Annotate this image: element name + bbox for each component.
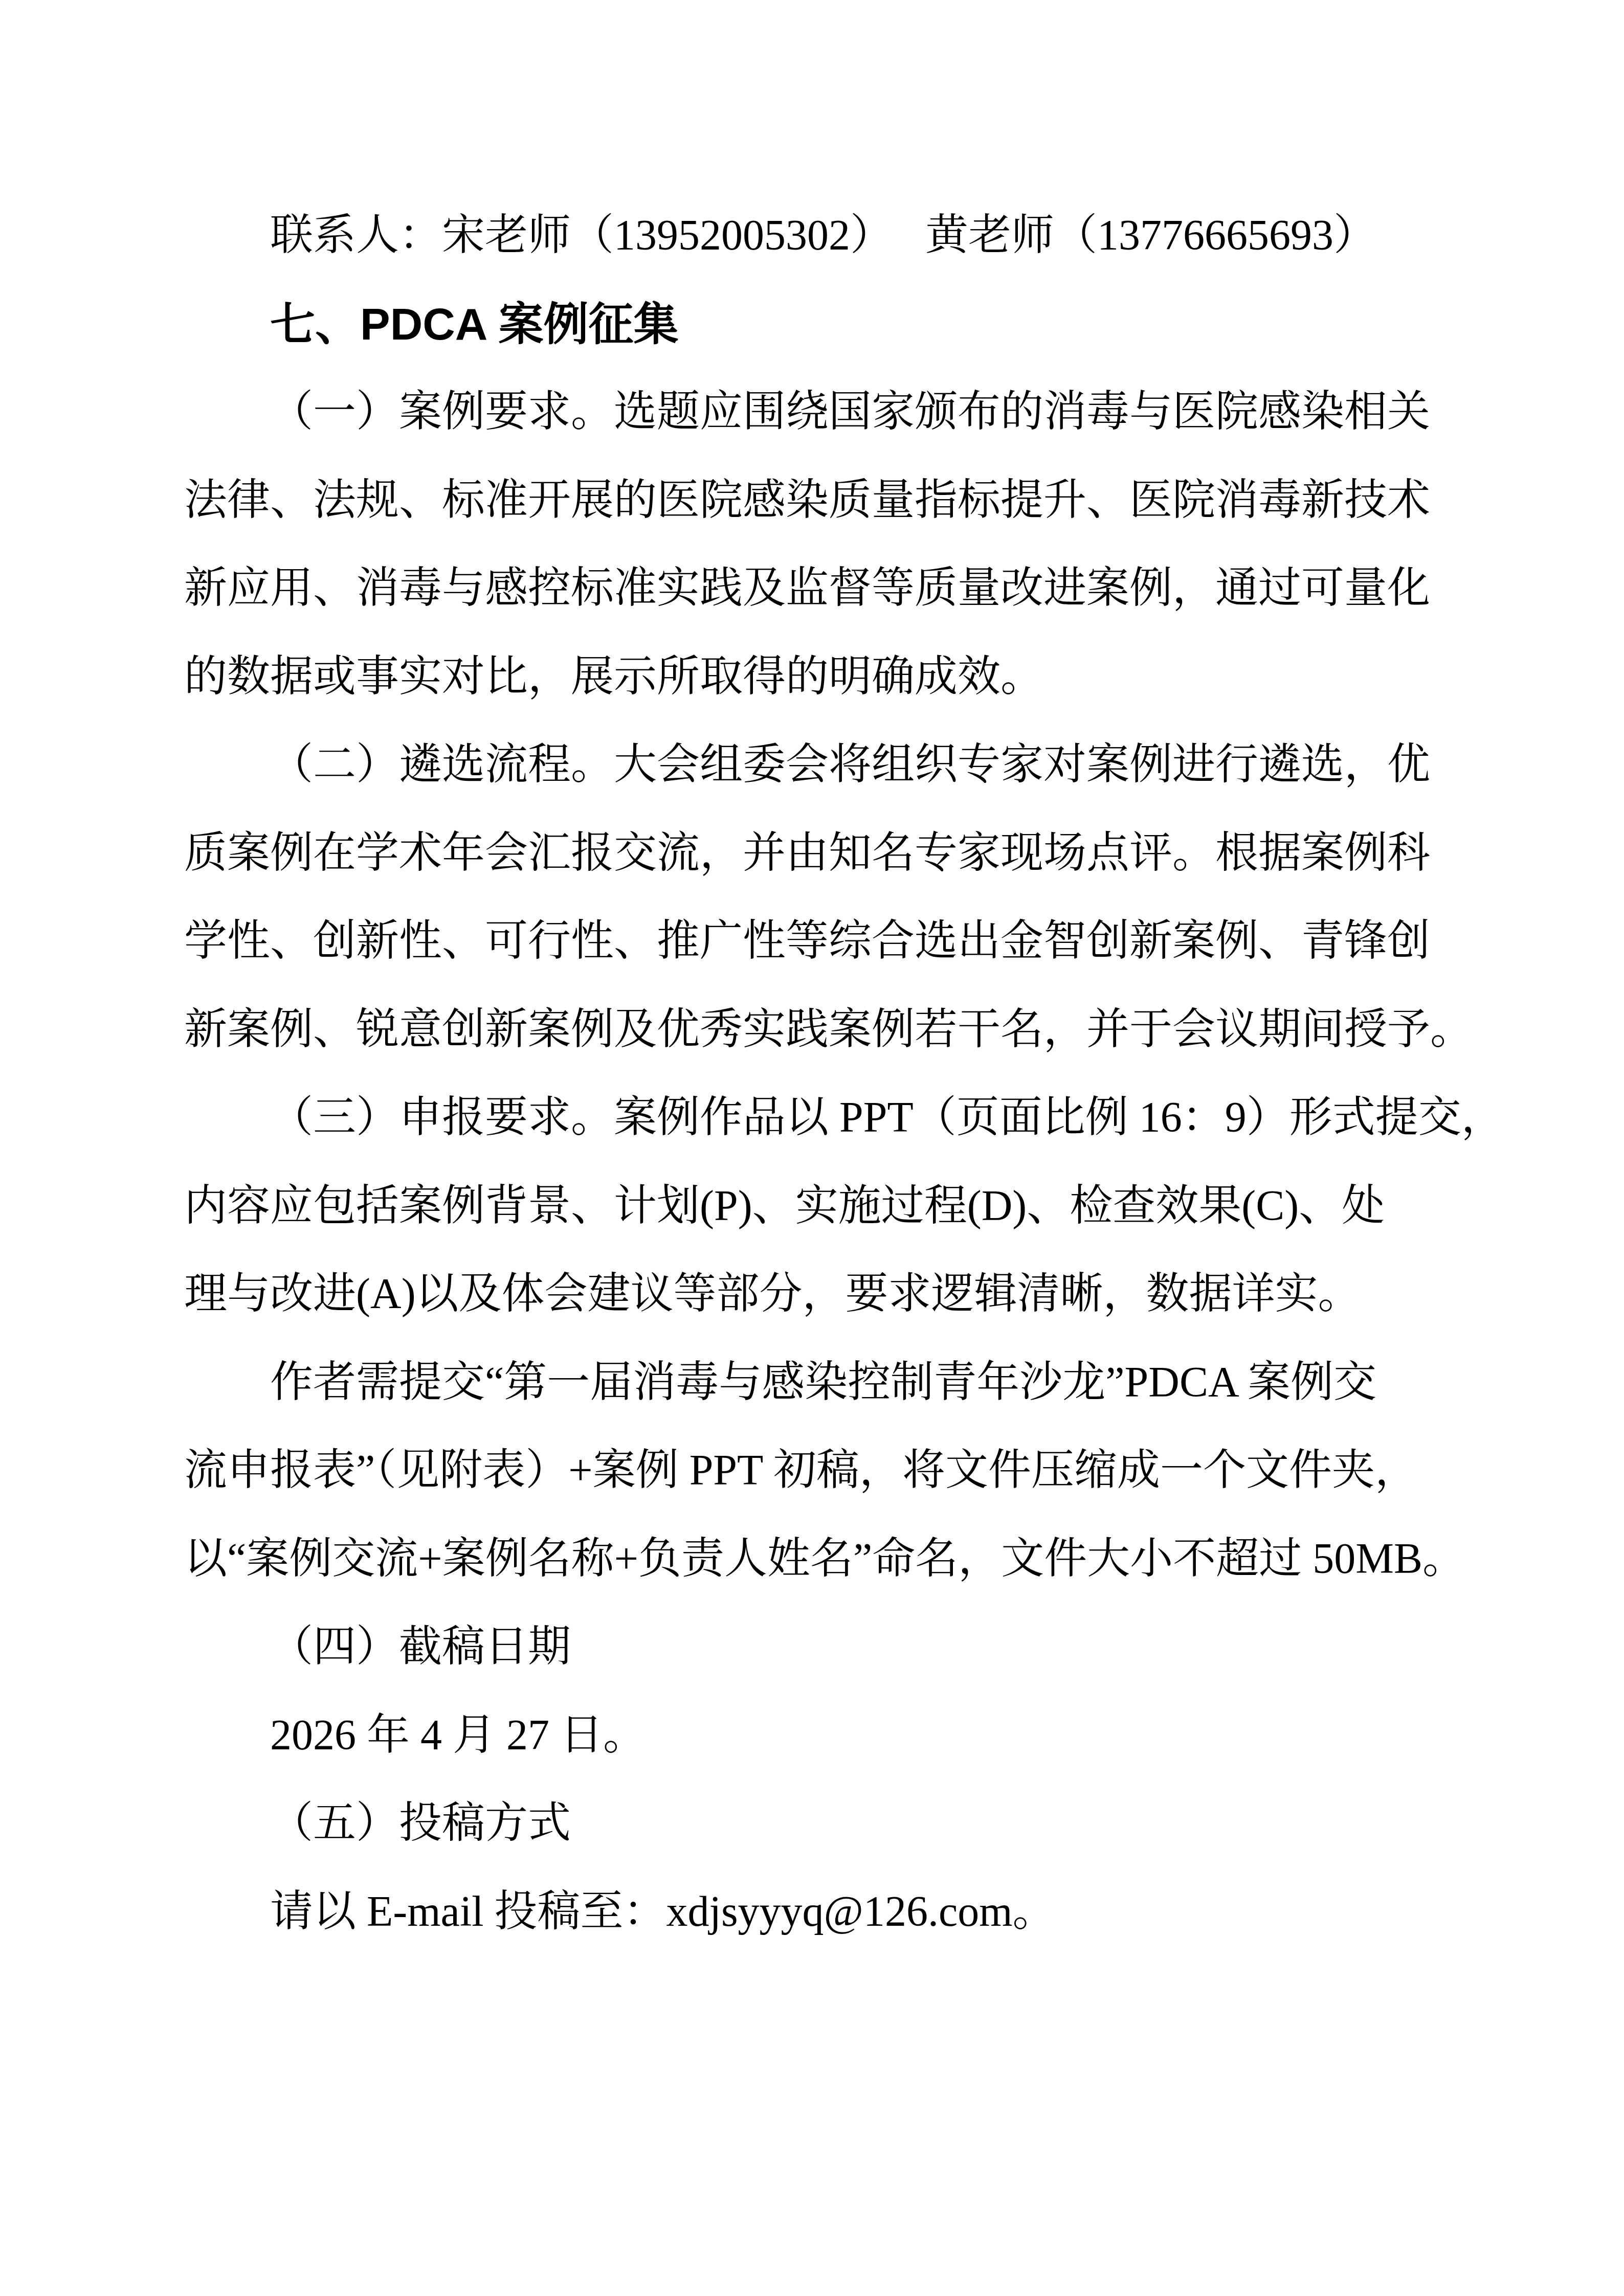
text-line: 内容应包括案例背景、计划(P)、实施过程(D)、检查效果(C)、处 <box>184 1162 1443 1251</box>
text-line: （一）案例要求。选题应围绕国家颁布的消毒与医院感染相关 <box>184 368 1443 457</box>
text-line: （五）投稿方式 <box>184 1780 1443 1868</box>
text-line: 流申报表”（见附表）+案例 PPT 初稿，将文件压缩成一个文件夹， <box>184 1427 1443 1515</box>
text-line: 新应用、消毒与感控标准实践及监督等质量改进案例，通过可量化 <box>184 545 1443 633</box>
text-line: 作者需提交“第一届消毒与感染控制青年沙龙”PDCA 案例交 <box>184 1339 1443 1427</box>
text-line: （四）截稿日期 <box>184 1603 1443 1692</box>
text-line: （二）遴选流程。大会组委会将组织专家对案例进行遴选，优 <box>184 721 1443 809</box>
text-line: 质案例在学术年会汇报交流，并由知名专家现场点评。根据案例科 <box>184 809 1443 898</box>
document-page: 联系人：宋老师（13952005302） 黄老师（13776665693）七、P… <box>0 0 1624 2296</box>
section-heading: 七、PDCA 案例征集 <box>184 280 1443 369</box>
text-line: 以“案例交流+案例名称+负责人姓名”命名，文件大小不超过 50MB。 <box>184 1515 1443 1604</box>
text-line: 新案例、锐意创新案例及优秀实践案例若干名，并于会议期间授予。 <box>184 986 1443 1074</box>
text-line: 2026 年 4 月 27 日。 <box>184 1692 1443 1780</box>
text-line: 的数据或事实对比，展示所取得的明确成效。 <box>184 633 1443 722</box>
text-line: 法律、法规、标准开展的医院感染质量指标提升、医院消毒新技术 <box>184 457 1443 545</box>
text-line: 理与改进(A)以及体会建议等部分，要求逻辑清晰，数据详实。 <box>184 1250 1443 1339</box>
text-line: 请以 E-mail 投稿至：xdjsyyyq@126.com。 <box>184 1868 1443 1956</box>
text-line: 联系人：宋老师（13952005302） 黄老师（13776665693） <box>184 192 1443 280</box>
document-text-block: 联系人：宋老师（13952005302） 黄老师（13776665693）七、P… <box>184 192 1443 1956</box>
text-line: 学性、创新性、可行性、推广性等综合选出金智创新案例、青锋创 <box>184 897 1443 986</box>
text-line: （三）申报要求。案例作品以 PPT（页面比例 16：9）形式提交， <box>184 1074 1443 1162</box>
